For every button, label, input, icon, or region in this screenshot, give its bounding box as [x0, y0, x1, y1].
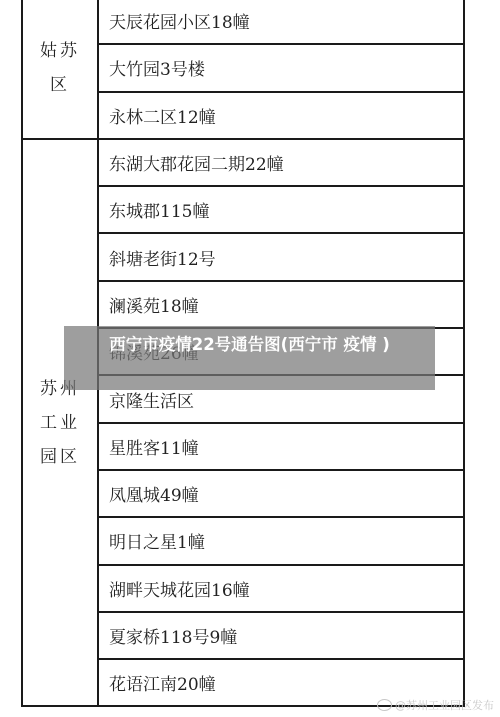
table-row: 斜塘老街12号: [99, 232, 463, 279]
district-label: 姑苏区: [39, 34, 81, 102]
location-list: 天辰花园小区18幢 大竹园3号楼 永林二区12幢: [99, 0, 463, 138]
table-row: 凤凰城49幢: [99, 469, 463, 516]
district-cell: 苏州工业园区: [23, 140, 99, 706]
district-group-sip: 苏州工业园区 东湖大郡花园二期22幢 东城郡115幢 斜塘老街12号 澜溪苑18…: [23, 138, 463, 706]
table-row: 湖畔天城花园16幢: [99, 564, 463, 611]
district-cell: 姑苏区: [23, 0, 99, 138]
table-row: 星胜客11幢: [99, 422, 463, 469]
table-row: 明日之星1幢: [99, 516, 463, 563]
district-group-gusu: 姑苏区 天辰花园小区18幢 大竹园3号楼 永林二区12幢: [23, 0, 463, 138]
table-row: 永林二区12幢: [99, 91, 463, 138]
watermark: @苏州工业园区发布: [377, 697, 494, 713]
table-row: 东城郡115幢: [99, 185, 463, 232]
weibo-icon: [377, 699, 392, 711]
table-row: 天辰花园小区18幢: [99, 0, 463, 43]
watermark-text: @苏州工业园区发布: [395, 697, 494, 713]
table-row: 夏家桥118号9幢: [99, 611, 463, 658]
table-row: 澜溪苑18幢: [99, 280, 463, 327]
table-row: 大竹园3号楼: [99, 43, 463, 90]
location-list: 东湖大郡花园二期22幢 东城郡115幢 斜塘老街12号 澜溪苑18幢 锦溪苑26…: [99, 140, 463, 706]
title-overlay-banner: 西宁市疫情22号通告图(西宁市 疫情 ): [64, 326, 435, 390]
table-row: 东湖大郡花园二期22幢: [99, 140, 463, 185]
